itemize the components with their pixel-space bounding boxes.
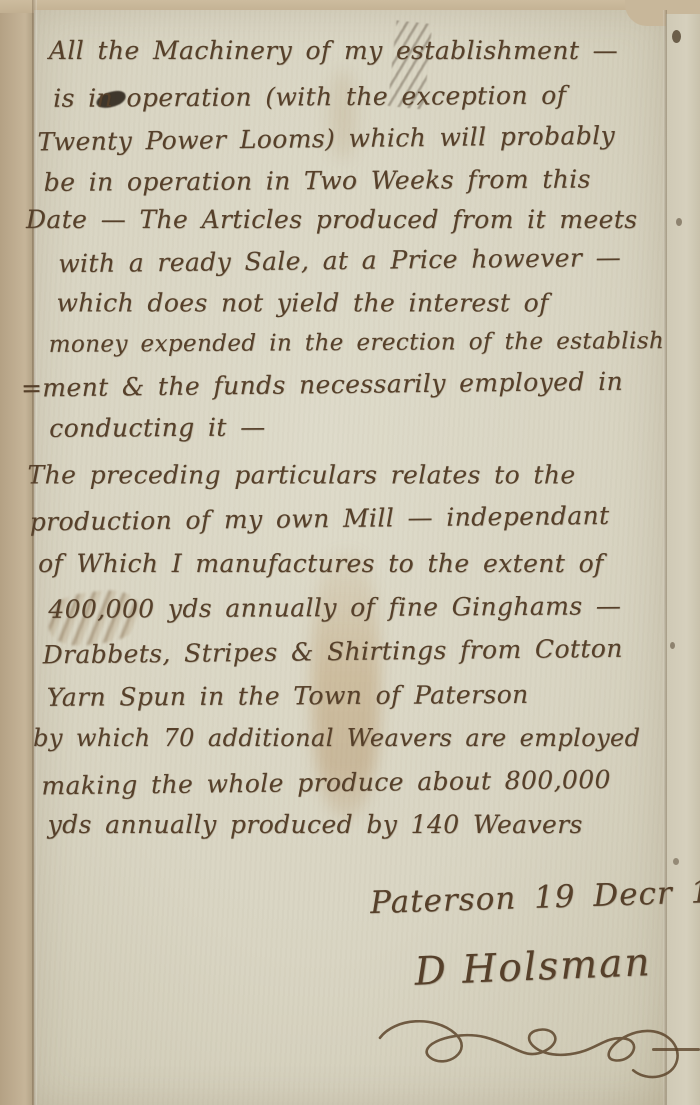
manuscript-line: Twenty Power Looms) which will probably [37, 121, 615, 157]
manuscript-line: of Which I manufactures to the extent of [38, 549, 604, 578]
manuscript-line: making the whole produce about 800,000 [41, 765, 611, 800]
signature-flourish [375, 998, 696, 1090]
dateline: Paterson 19 Decr 1820 [370, 872, 700, 921]
manuscript-line: is in operation (with the exception of [53, 81, 566, 113]
manuscript-line: 400,000 yds annually of fine Ginghams — [48, 591, 621, 623]
manuscript-line: The preceding particulars relates to the [28, 460, 576, 489]
manuscript-line: =ment & the funds necessarily employed i… [21, 367, 623, 403]
manuscript-line: Date — The Articles produced from it mee… [26, 205, 638, 234]
manuscript-line: by which 70 additional Weavers are emplo… [33, 724, 640, 752]
manuscript-line: money expended in the erection of the es… [49, 328, 665, 358]
manuscript-photo: All the Machinery of my establishment — … [0, 0, 700, 1105]
manuscript-line: Drabbets, Stripes & Shirtings from Cotto… [42, 634, 622, 670]
manuscript-text: All the Machinery of my establishment — … [0, 0, 700, 1105]
manuscript-line: which does not yield the interest of [56, 288, 548, 317]
manuscript-line: yds annually produced by 140 Weavers [48, 810, 583, 839]
manuscript-line: Yarn Spun in the Town of Paterson [47, 680, 529, 712]
manuscript-line: production of my own Mill — independant [30, 501, 610, 537]
manuscript-line: conducting it — [49, 413, 266, 443]
manuscript-line: with a ready Sale, at a Price however — [58, 243, 621, 278]
manuscript-line: be in operation in Two Weeks from this [44, 165, 591, 197]
manuscript-line: All the Machinery of my establishment — [49, 36, 618, 65]
signature: D Holsman [414, 940, 653, 995]
